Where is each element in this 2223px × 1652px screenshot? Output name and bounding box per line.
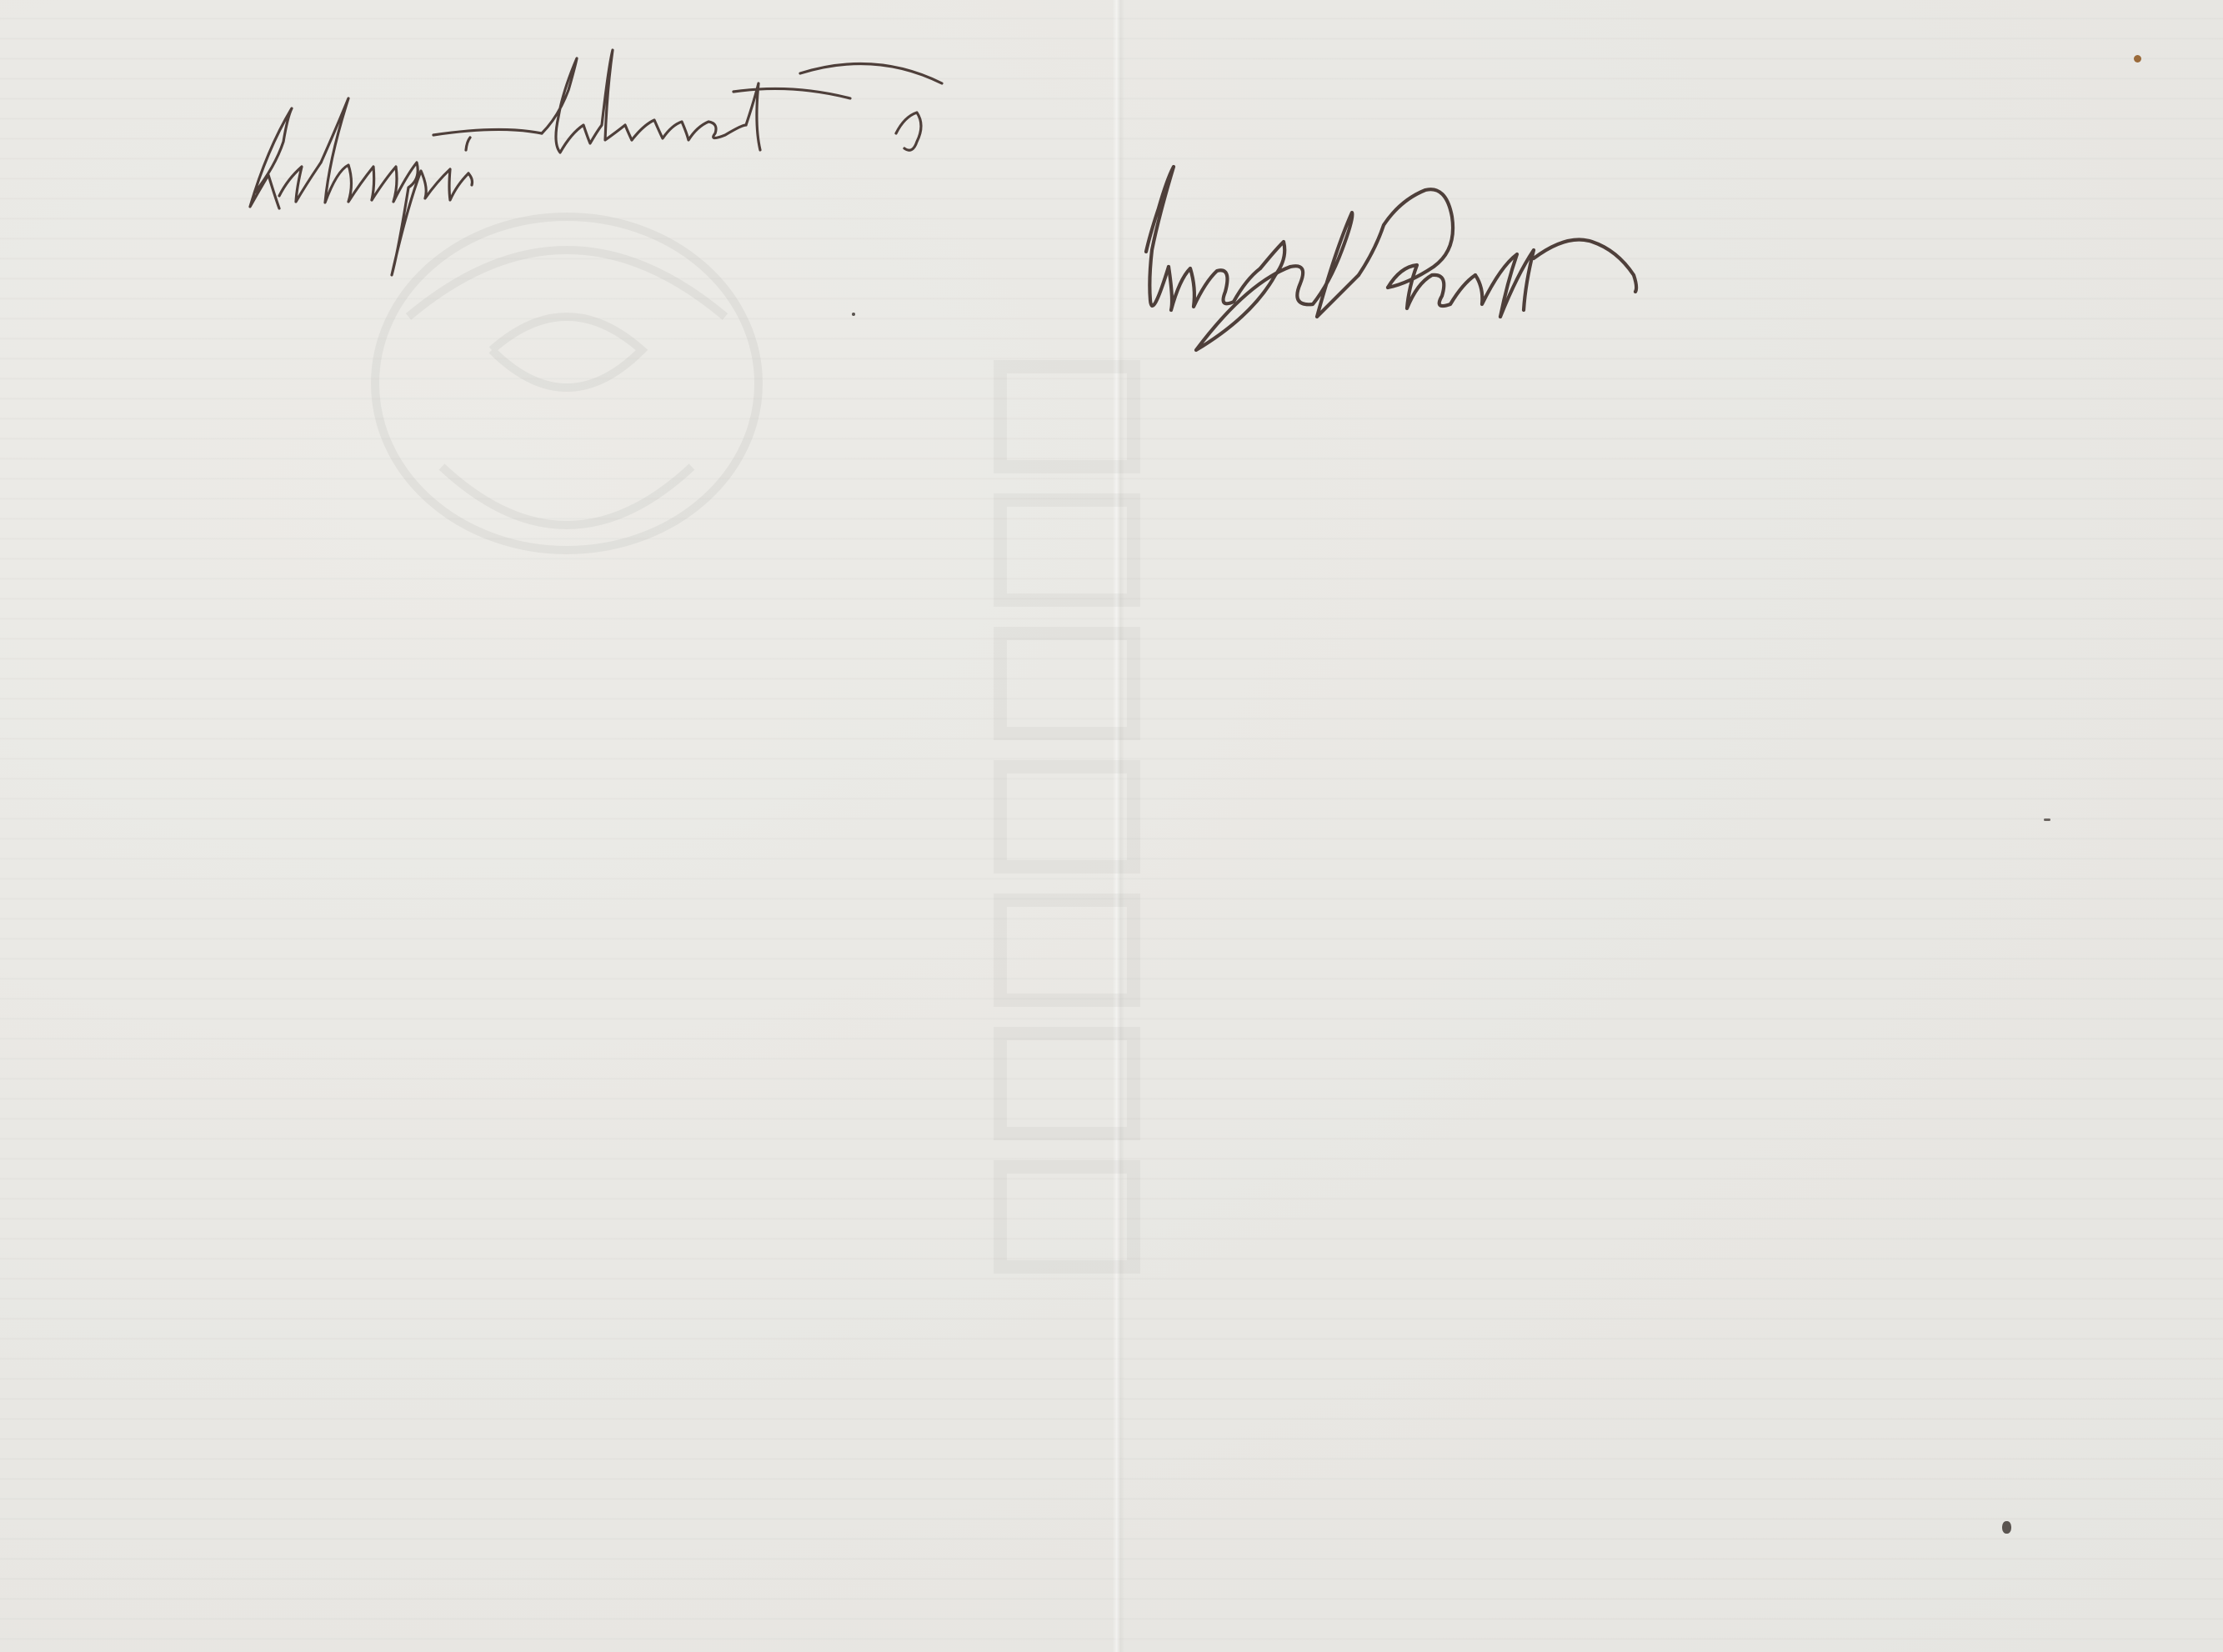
signature-marcel-proust — [1146, 167, 1636, 350]
word-sentiments — [433, 50, 942, 153]
handwriting-ink — [0, 0, 2223, 1652]
word-distingues — [250, 98, 473, 275]
debris-spot — [2002, 1521, 2011, 1534]
letter-page: distingués sentiments Marcel Proust — [0, 0, 2223, 1652]
ink-speck — [2044, 818, 2050, 821]
foxing-spot — [2134, 55, 2141, 63]
ink-speck — [852, 313, 855, 316]
